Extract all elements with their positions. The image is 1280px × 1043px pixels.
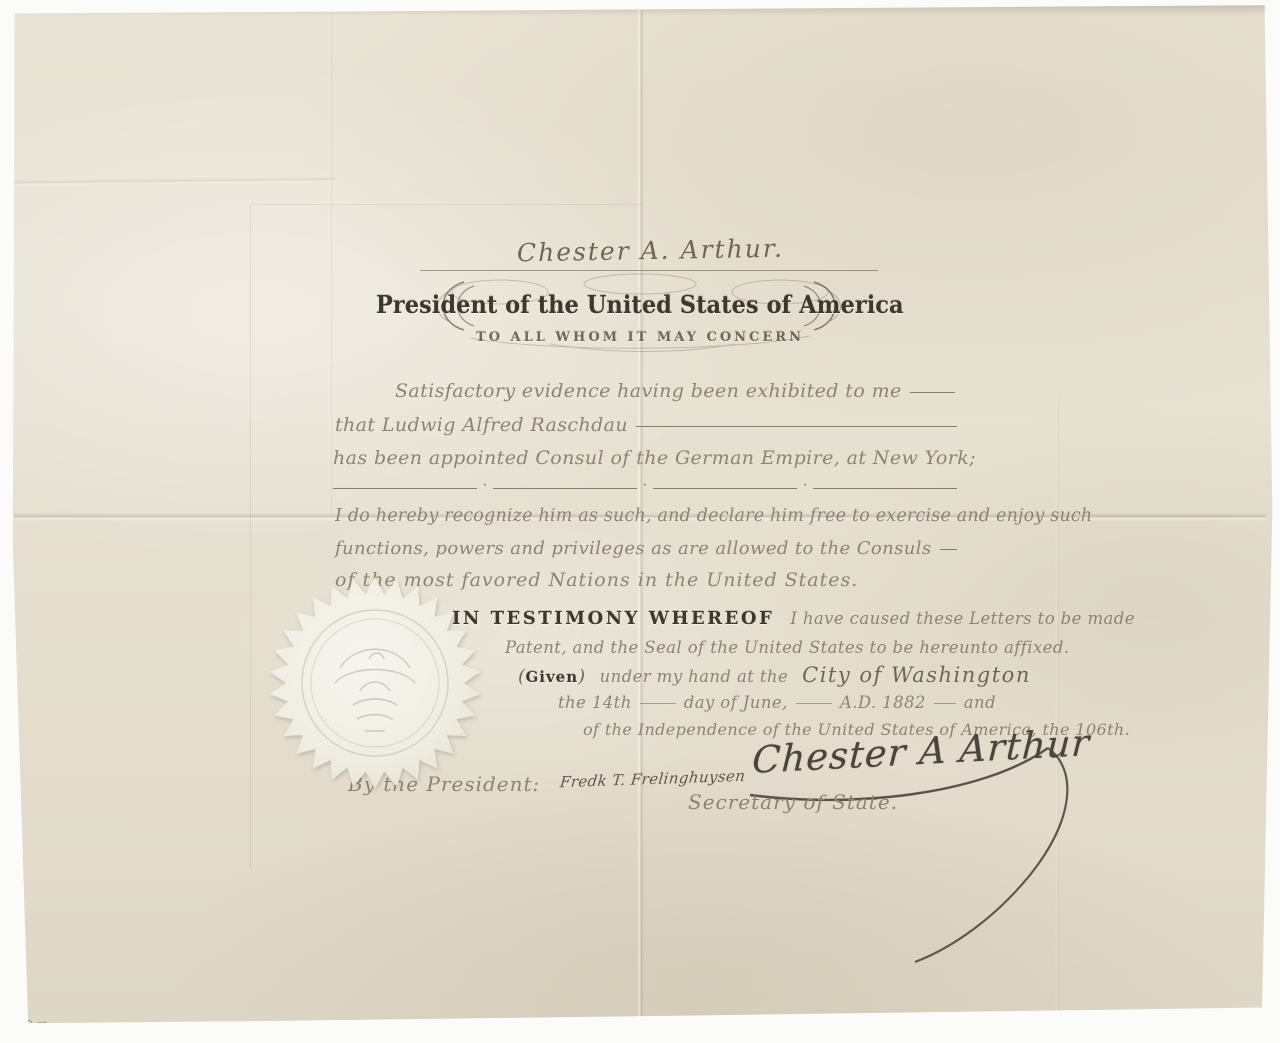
given-word: Given bbox=[525, 668, 578, 686]
body-line-6: of the most favored Nations in the Unite… bbox=[335, 569, 957, 591]
photographed-document: Chester A. Arthur. President of the Unit… bbox=[0, 0, 1280, 1043]
fill-rule bbox=[813, 488, 957, 489]
secretary-title-text: Secretary of State. bbox=[688, 790, 898, 814]
body-line-4: I do hereby recognize him as such, and d… bbox=[335, 506, 959, 526]
fill-rule bbox=[636, 426, 957, 427]
patent-row: Patent, and the Seal of the United State… bbox=[505, 638, 975, 657]
seal-eagle-emboss bbox=[335, 649, 415, 731]
salutation: TO ALL WHOM IT MAY CONCERN bbox=[476, 330, 804, 345]
given-paren-open: ( bbox=[518, 666, 525, 687]
body-line-5: functions, powers and privileges as are … bbox=[335, 538, 957, 559]
body-line-2-text: that Ludwig Alfred Raschdau bbox=[335, 414, 628, 436]
body-line-1: Satisfactory evidence having been exhibi… bbox=[395, 380, 955, 402]
fill-rule bbox=[653, 488, 797, 489]
fill-rule bbox=[493, 488, 637, 489]
left-quarter-crease bbox=[328, 10, 333, 515]
given-row: ( Given ) under my hand at the City of W… bbox=[518, 663, 998, 687]
by-president-row: By the President: bbox=[348, 772, 588, 796]
under-hand-text: under my hand at the bbox=[600, 667, 789, 686]
body-line-4-text: I do hereby recognize him as such, and d… bbox=[335, 506, 1092, 526]
salutation-row: TO ALL WHOM IT MAY CONCERN bbox=[430, 330, 850, 345]
parchment-paper: Chester A. Arthur. President of the Unit… bbox=[0, 0, 1280, 1043]
fill-rule bbox=[333, 488, 477, 489]
body-line-5-text: functions, powers and privileges as are … bbox=[335, 538, 932, 559]
testimony-heading: IN TESTIMONY WHEREOF bbox=[452, 608, 774, 629]
rule-dot: · bbox=[643, 478, 647, 493]
place-text: City of Washington bbox=[802, 663, 1031, 687]
fill-rule bbox=[934, 703, 956, 704]
pencil-mark-icon bbox=[22, 1016, 48, 1030]
body-line-6-text: of the most favored Nations in the Unite… bbox=[335, 569, 858, 591]
day-text: the 14th bbox=[558, 693, 632, 712]
title-banner-row: President of the United States of Americ… bbox=[430, 290, 850, 319]
top-signature-underline bbox=[420, 270, 878, 271]
president-signature-row: Chester A Arthur bbox=[752, 730, 1072, 773]
day-of-text: day of June, bbox=[684, 693, 788, 712]
rule-dot: · bbox=[803, 478, 807, 493]
date-row: the 14th day of June, A.D. 1882 and bbox=[558, 693, 996, 712]
right-quarter-crease bbox=[1055, 395, 1060, 1015]
title-banner: President of the United States of Americ… bbox=[376, 290, 904, 319]
by-president-text: By the President: bbox=[348, 772, 540, 796]
embossed-great-seal-icon bbox=[265, 573, 485, 793]
fill-rule bbox=[640, 703, 676, 704]
dotted-separator-rule: · · · bbox=[333, 482, 957, 497]
top-signature-row: Chester A. Arthur. bbox=[440, 236, 860, 265]
body-line-2: that Ludwig Alfred Raschdau bbox=[335, 414, 957, 436]
upper-left-crease bbox=[14, 176, 336, 186]
ad-year-text: A.D. 1882 bbox=[840, 693, 926, 712]
body-line-1-text: Satisfactory evidence having been exhibi… bbox=[395, 380, 902, 402]
president-name-handwritten: Chester A. Arthur. bbox=[516, 234, 783, 268]
given-paren-close: ) bbox=[578, 666, 585, 687]
testimony-row: IN TESTIMONY WHEREOF I have caused these… bbox=[452, 608, 972, 629]
rule-dot: · bbox=[483, 478, 487, 493]
secretary-signature: Fredk T. Frelinghuysen bbox=[559, 767, 746, 792]
secretary-signature-row: Fredk T. Frelinghuysen bbox=[560, 770, 800, 788]
testimony-caused-text: I have caused these Letters to be made bbox=[790, 609, 1135, 628]
body-line-3: has been appointed Consul of the German … bbox=[333, 447, 957, 469]
president-signature: Chester A Arthur bbox=[751, 721, 1091, 782]
patent-text: Patent, and the Seal of the United State… bbox=[505, 638, 1069, 657]
fill-rule bbox=[940, 549, 957, 550]
fill-rule bbox=[796, 703, 832, 704]
and-text: and bbox=[964, 693, 996, 712]
secretary-title-row: Secretary of State. bbox=[688, 790, 928, 814]
body-line-3-text: has been appointed Consul of the German … bbox=[333, 447, 976, 469]
fill-rule bbox=[910, 392, 955, 393]
